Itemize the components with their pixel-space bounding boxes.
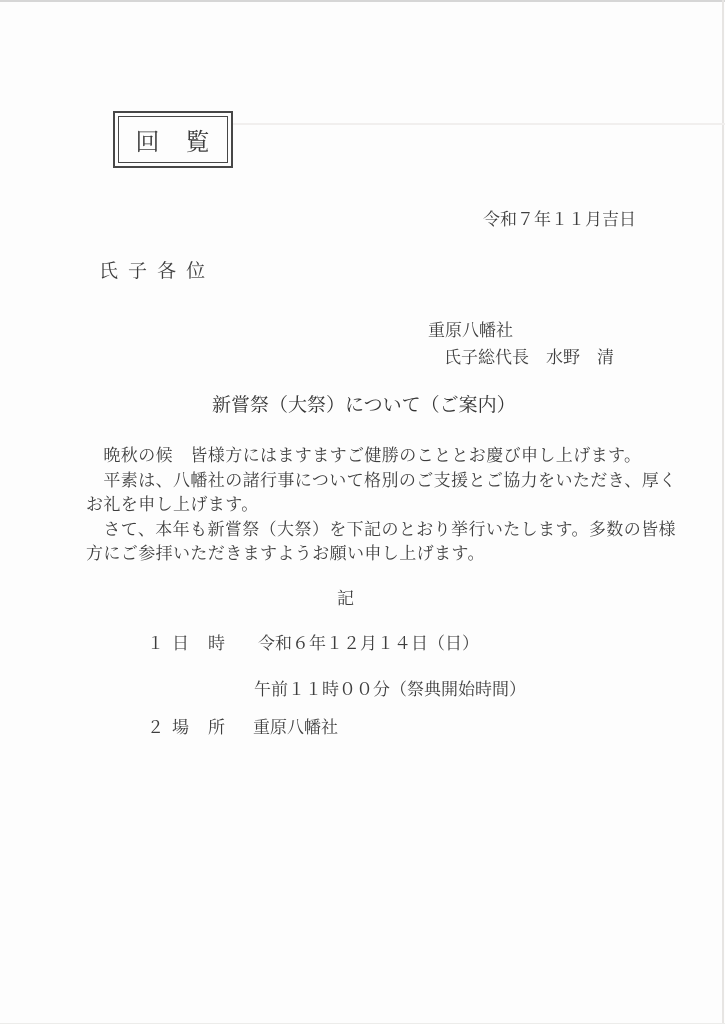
body-line-3: お礼を申し上げます。 [86,493,646,518]
body-line-4: さて、本年も新嘗祭（大祭）を下記のとおり挙行いたします。多数の皆様 [86,518,646,543]
sender-representative: 氏子総代長 水野 清 [444,343,614,368]
addressee: 氏 子 各 位 [99,256,207,283]
scan-edge-top [0,0,725,2]
circulation-stamp-label: 回 覧 [118,116,228,163]
item-1-number: １ [147,629,164,654]
body-line-1: 晩秋の候 皆様方にはますますご健勝のこととお慶び申し上げます。 [86,444,646,469]
scanned-notice-page: 回 覧 令和７年１１月吉日 氏 子 各 位 重原八幡社 氏子総代長 水野 清 新… [0,0,725,1024]
document-title: 新嘗祭（大祭）について（ご案内） [212,390,516,417]
item-1-label: 日 時 [172,629,226,654]
item-2-value-place: 重原八幡社 [253,713,338,738]
sender-organization: 重原八幡社 [428,316,513,341]
body-line-2: 平素は、八幡社の諸行事について格別のご支援とご協力をいただき、厚く [86,469,646,494]
circulation-stamp: 回 覧 [113,111,233,168]
item-2-label: 場 所 [172,713,226,738]
item-1-value-date: 令和６年１２月１４日（日） [258,629,479,654]
body-paragraphs: 晩秋の候 皆様方にはますますご健勝のこととお慶び申し上げます。 平素は、八幡社の… [86,444,646,567]
record-heading: 記 [337,584,354,609]
scan-artifact-line [231,123,725,125]
body-line-5: 方にご参拝いただきますようお願い申し上げます。 [86,542,646,567]
issue-date: 令和７年１１月吉日 [483,205,636,230]
scan-edge-right [722,0,724,1024]
item-1-value-time: 午前１１時００分（祭典開始時間） [254,675,526,700]
item-2-number: ２ [147,713,164,738]
